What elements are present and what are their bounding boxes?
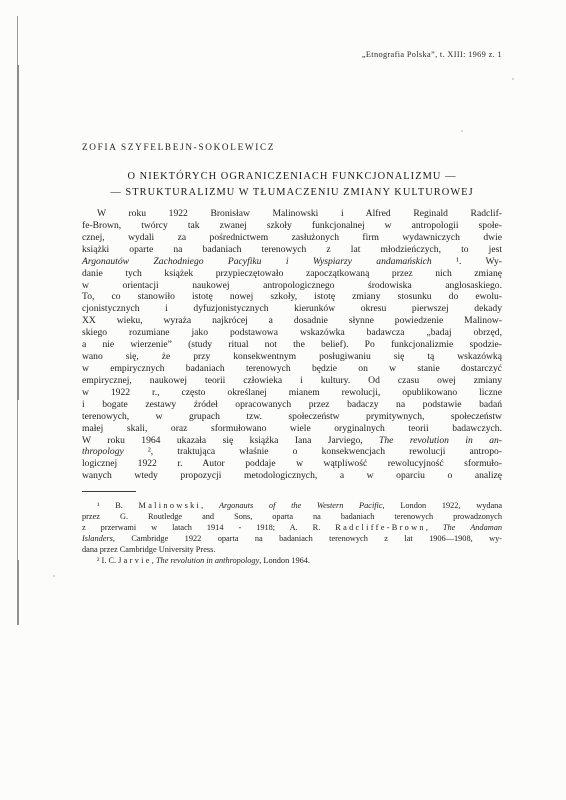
footnote-separator [82,491,136,492]
footnotes: ¹ B. Malinowski, Argonauts of the Wester… [82,500,502,566]
text-line: thropology ², traktująca właśnie o konse… [82,446,502,458]
text-line: przez G. Routledge and Sons, oparta na b… [82,511,502,522]
text-line: w orientacji naukowej antropologicznego … [82,280,502,292]
text-line: XX wieku, wyraża najkrócej a dosadnie sł… [82,315,502,327]
text-line: w empirycznych badaniach terenowych będz… [82,363,502,375]
article-body: W roku 1922 Bronisław Malinowski i Alfre… [82,208,502,482]
text-line: wanych wtedy propozycji metodologicznych… [82,470,502,482]
text-line: wano się, że przy konsekwentnym posługiw… [82,351,502,363]
article-title-line1: O NIEKTÓRYCH OGRANICZENIACH FUNKCJONALIZ… [82,169,502,185]
article-title-line2: — STRUKTURALIZMU W TŁUMACZENIU ZMIANY KU… [82,185,502,201]
text-line: książki oparte na badaniach terenowych z… [82,244,502,256]
text-line: w 1922 r., często określanej mianem rewo… [82,387,502,399]
text-line: empirycznej, naukowej teorii człowieka i… [82,375,502,387]
scan-artifact-line [17,400,18,560]
scan-artifact-line [17,16,18,65]
text-line: dana przez Cambridge University Press. [82,544,502,555]
text-line: z przerwami w latach 1914 - 1918; A. R. … [82,522,502,533]
page: „Etnografia Polska”, t. XIII: 1969 z. 1 … [0,0,566,800]
text-line: skiego rozumiane jako podstawowa wskazów… [82,327,502,339]
article-title: O NIEKTÓRYCH OGRANICZENIACH FUNKCJONALIZ… [82,169,502,200]
text-line: fe-Brown, twórcy tak zwanej szkoły funkc… [82,220,502,232]
text-line: terenowych, w grupach tzw. społeczeństw … [82,411,502,423]
text-line: W roku 1922 Bronisław Malinowski i Alfre… [82,208,502,220]
text-line: danie tych książek przypieczętowało zapo… [82,268,502,280]
scan-artifact-line [17,65,19,400]
text-line: Islanders, Cambridge 1922 oparta na bada… [82,533,502,544]
text-line: logicznej 1922 r. Autor poddaje w wątpli… [82,458,502,470]
scan-speck [53,575,55,577]
scan-artifact-line [17,560,19,625]
text-line: małej skali, oraz sformułowano wiele ory… [82,423,502,435]
journal-header: „Etnografia Polska”, t. XIII: 1969 z. 1 [362,50,502,59]
text-line: To, co stanowiło istotę nowej szkoły, is… [82,291,502,303]
scan-speck [512,78,514,80]
text-line: a nie wierzenie” (study ritual not the b… [82,339,502,351]
text-line: cjonistycznych i dyfuzjonistycznych kier… [82,303,502,315]
author-name: ZOFIA SZYFELBEJN-SOKOLEWICZ [82,142,275,152]
text-line: Argonautów Zachodniego Pacyfiku i Wyspia… [82,256,502,268]
scan-speck [461,130,463,132]
text-line: ² I. C. Jarvie, The revolution in anthro… [82,555,502,566]
text-line: cznej, wydali za pośrednictwem zasłużony… [82,232,502,244]
text-line: W roku 1964 ukazała się książka Iana Jar… [82,435,502,447]
text-line: i bogate zestawy źródeł opracowanych prz… [82,399,502,411]
text-line: ¹ B. Malinowski, Argonauts of the Wester… [82,500,502,511]
